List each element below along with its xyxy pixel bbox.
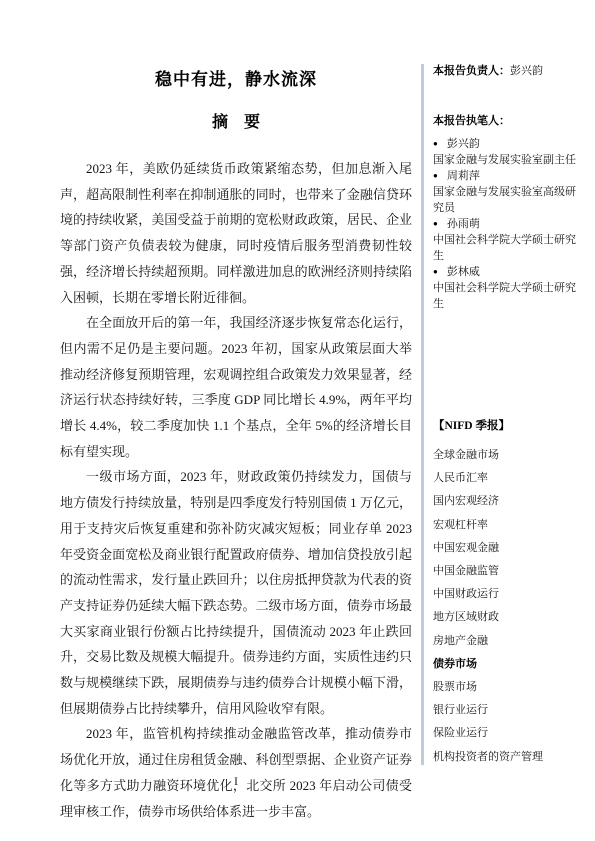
bullet-icon: ● (433, 216, 438, 232)
authors-section: 本报告执笔人： ●彭兴韵 国家金融与发展实验室副主任 ●周莉萍 国家金融与发展实… (433, 113, 580, 312)
series-item-macro-leverage: 宏观杠杆率 (433, 514, 580, 537)
authors-label: 本报告执笔人： (433, 113, 580, 129)
abstract-body: 2023 年，美欧仍延续货币政策紧缩态势，但加息渐入尾声，超高限制性利率在抑制通… (60, 156, 412, 824)
bullet-icon: ● (433, 136, 438, 152)
author-name: 彭林威 (447, 266, 480, 278)
author-title: 中国社会科学院大学硕士研究生 (433, 232, 580, 264)
series-item-banking: 银行业运行 (433, 699, 580, 722)
paragraph-china-economy: 在全面放开后的第一年，我国经济逐步恢复常态化运行，但内需不足仍是主要问题。202… (60, 310, 412, 464)
series-item-local-fiscal: 地方区域财政 (433, 606, 580, 629)
sidebar-divider (421, 64, 424, 765)
author-entry: ●彭林威 中国社会科学院大学硕士研究生 (433, 264, 580, 312)
series-heading: 【NIFD 季报】 (433, 418, 580, 434)
paragraph-regulation: 2023 年，监管机构持续推动金融监管改革，推动债券市场优化开放，通过住房租赁金… (60, 721, 412, 824)
author-entry: ●彭兴韵 国家金融与发展实验室副主任 (433, 136, 580, 168)
series-section: 【NIFD 季报】 全球金融市场 人民币汇率 国内宏观经济 宏观杠杆率 中国宏观… (433, 418, 580, 769)
author-name: 彭兴韵 (447, 138, 480, 150)
lead-name: 彭兴韵 (510, 65, 543, 77)
page-title: 稳中有进，静水流深 (60, 68, 412, 92)
page-number: I (60, 774, 412, 789)
series-item-rmb-exchange: 人民币汇率 (433, 467, 580, 490)
report-page: 稳中有进，静水流深 摘 要 2023 年，美欧仍延续货币政策紧缩态势，但加息渐入… (0, 0, 595, 841)
series-item-stock-market: 股票市场 (433, 676, 580, 699)
paragraph-bond-market: 一级市场方面，2023 年，财政政策仍持续发力，国债与地方债发行持续放量，特别是… (60, 464, 412, 721)
series-item-institutional-asset-mgmt: 机构投资者的资产管理 (433, 746, 580, 769)
author-title: 国家金融与发展实验室高级研究员 (433, 184, 580, 216)
series-item-global-finance: 全球金融市场 (433, 444, 580, 467)
author-entry: ●周莉萍 国家金融与发展实验室高级研究员 (433, 168, 580, 216)
bullet-icon: ● (433, 168, 438, 184)
author-title: 国家金融与发展实验室副主任 (433, 152, 580, 168)
series-item-bond-market-current: 债券市场 (433, 653, 580, 676)
report-lead: 本报告负责人：彭兴韵 (433, 63, 580, 79)
bullet-icon: ● (433, 264, 438, 280)
series-item-insurance: 保险业运行 (433, 722, 580, 745)
series-item-china-macro-finance: 中国宏观金融 (433, 537, 580, 560)
paragraph-global-economy: 2023 年，美欧仍延续货币政策紧缩态势，但加息渐入尾声，超高限制性利率在抑制通… (60, 156, 412, 310)
author-name: 周莉萍 (447, 170, 480, 182)
abstract-heading: 摘 要 (60, 112, 412, 134)
lead-label: 本报告负责人： (433, 65, 510, 77)
series-item-china-fiscal: 中国财政运行 (433, 583, 580, 606)
author-name: 孙雨萌 (447, 218, 480, 230)
main-column: 稳中有进，静水流深 摘 要 2023 年，美欧仍延续货币政策紧缩态势，但加息渐入… (60, 68, 412, 824)
author-title: 中国社会科学院大学硕士研究生 (433, 280, 580, 312)
author-entry: ●孙雨萌 中国社会科学院大学硕士研究生 (433, 216, 580, 264)
series-item-domestic-macro: 国内宏观经济 (433, 490, 580, 513)
series-item-china-regulation: 中国金融监管 (433, 560, 580, 583)
series-item-real-estate-finance: 房地产金融 (433, 630, 580, 653)
